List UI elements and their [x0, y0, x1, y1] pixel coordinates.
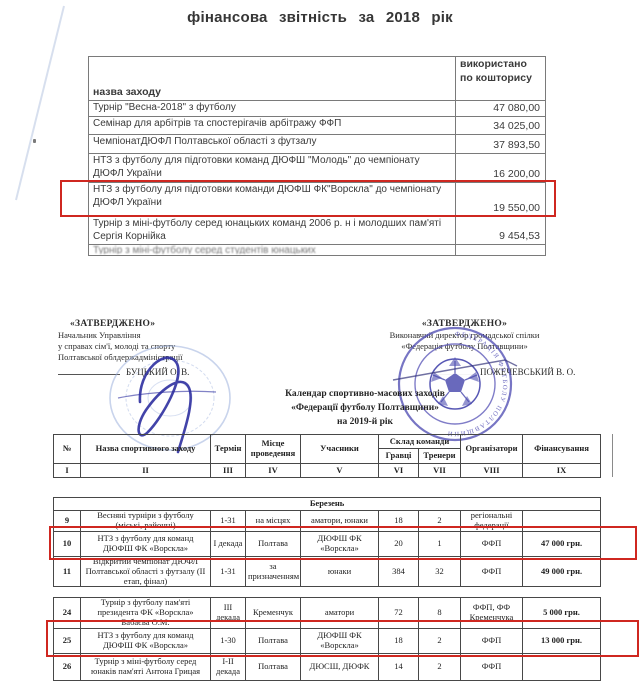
- expense-row-amount: 47 080,00: [456, 101, 546, 117]
- expense-row-amount: 16 200,00: [456, 154, 546, 183]
- scan-speck: [33, 139, 36, 143]
- row-organizers: ФФП: [461, 557, 523, 587]
- page-title: фінансова звітність за 2018 рік: [0, 9, 640, 26]
- roman-numeral: IX: [523, 464, 601, 478]
- roman-numeral: II: [81, 464, 211, 478]
- row-players: 14: [379, 654, 419, 681]
- row-term: І-ІІ декада: [211, 654, 246, 681]
- row-finance: 49 000 грн.: [523, 557, 601, 587]
- scanned-document-page: фінансова звітність за 2018 рік назва за…: [0, 0, 640, 695]
- highlight-box-report: [60, 180, 556, 217]
- col-header-coaches: Тренери: [419, 449, 461, 464]
- calendar-title: Календар спортивно-масових заходів «Феде…: [205, 388, 525, 429]
- expense-row-amount: 37 893,50: [456, 135, 546, 154]
- highlight-box-row25: [46, 620, 639, 657]
- roman-numeral: I: [54, 464, 81, 478]
- roman-numeral: III: [211, 464, 246, 478]
- col-header-name: Назва спортивного заходу: [81, 435, 211, 464]
- expense-row-name: Турнір з міні-футболу серед юнацьких ком…: [89, 217, 456, 245]
- round-stamp-right-icon: ФЕДЕРАЦІЯ ФУТБОЛУ ПОЛТАВЩИНИ: [385, 320, 531, 450]
- roman-numeral: VII: [419, 464, 461, 478]
- col-header-finance: Фінансування: [523, 435, 601, 464]
- expense-col-name-header: назва заходу: [89, 57, 456, 101]
- col-header-squad: Склад команди: [379, 435, 461, 449]
- row-name: Турнір з міні-футболу серед юнаків пам'я…: [81, 654, 211, 681]
- expense-row-amount: 34 025,00: [456, 117, 546, 135]
- col-header-organizers: Організатори: [461, 435, 523, 464]
- roman-numeral: VI: [379, 464, 419, 478]
- row-term: 1-31: [211, 557, 246, 587]
- stray-scan-line: [612, 434, 613, 477]
- row-coaches: 2: [419, 654, 461, 681]
- approved-heading: «ЗАТВЕРДЖЕНО»: [70, 318, 248, 330]
- expense-row-name: ЧемпіонатДЮФЛ Полтавської області з футз…: [89, 135, 456, 154]
- row-name: Відкритий чемпіонат ДЮФЛ Полтавської обл…: [81, 557, 211, 587]
- highlight-box-row10: [49, 526, 637, 560]
- expense-row-amount-cutoff: [456, 245, 546, 256]
- month-header: Березень: [54, 498, 601, 511]
- col-header-place: Місце проведення: [246, 435, 301, 464]
- expense-table: назва заходу використано по кошторису Ту…: [88, 56, 546, 256]
- expense-row-name: НТЗ з футболу для підготовки команд ДЮФШ…: [89, 154, 456, 183]
- col-header-term: Термін: [211, 435, 246, 464]
- row-place: Полтава: [246, 654, 301, 681]
- expense-row-name-cutoff: Турнір з міні-футболу серед студентів юн…: [89, 245, 456, 256]
- col-header-players: Гравці: [379, 449, 419, 464]
- roman-numeral: IV: [246, 464, 301, 478]
- expense-row-name: Семінар для арбітрів та спостерігачів ар…: [89, 117, 456, 135]
- row-num: 11: [54, 557, 81, 587]
- expense-row-name: Турнір "Весна-2018" з футболу: [89, 101, 456, 117]
- row-players: 384: [379, 557, 419, 587]
- row-participants: юнаки: [301, 557, 379, 587]
- expense-row-amount: 9 454,53: [456, 217, 546, 245]
- col-header-num: №: [54, 435, 81, 464]
- row-participants: ДЮСШ, ДЮФК: [301, 654, 379, 681]
- row-num: 26: [54, 654, 81, 681]
- row-coaches: 32: [419, 557, 461, 587]
- expense-col-amount-header: використано по кошторису: [456, 57, 546, 101]
- row-organizers: ФФП: [461, 654, 523, 681]
- col-header-participants: Учасники: [301, 435, 379, 464]
- row-finance: [523, 654, 601, 681]
- calendar-table-header: № Назва спортивного заходу Термін Місце …: [53, 434, 601, 478]
- roman-numeral: V: [301, 464, 379, 478]
- row-place: за призначенням: [246, 557, 301, 587]
- roman-numeral: VIII: [461, 464, 523, 478]
